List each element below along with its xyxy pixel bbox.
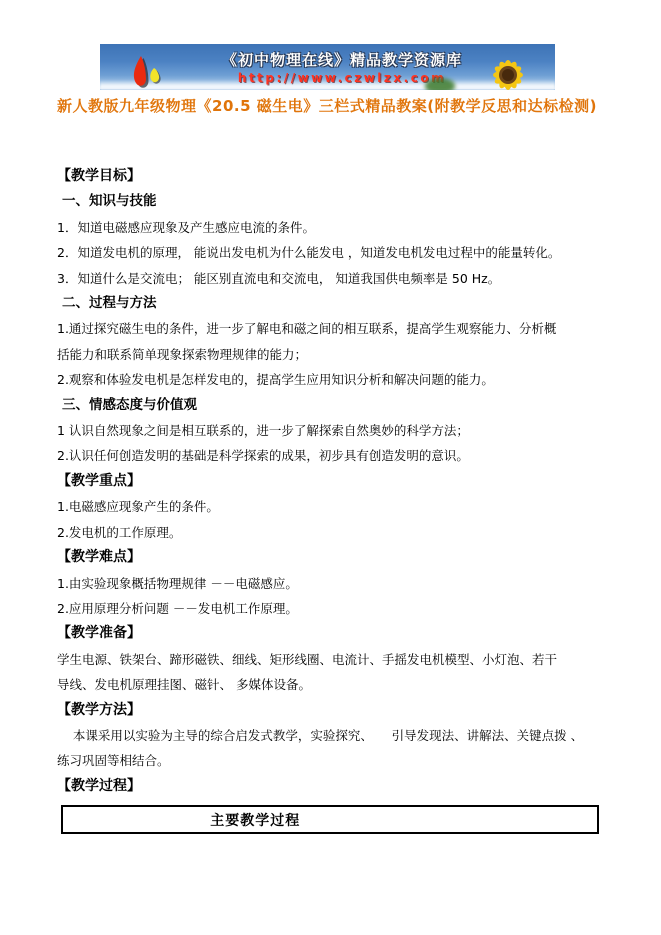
body-text: 1 认识自然现象之间是相互联系的，进一步了解探索自然奥妙的科学方法；: [57, 418, 606, 443]
body-text: 1．知道电磁感应现象及产生感应电流的条件。: [57, 215, 606, 240]
process-table-header: 主要教学过程: [63, 810, 447, 830]
section-heading: 【教学重点】: [57, 469, 606, 494]
section-heading: 【教学难点】: [57, 545, 606, 570]
sunflower-icon: [483, 52, 531, 90]
body-text: 本课采用以实验为主导的综合启发式教学，实验探究、 引导发现法、讲解法、关键点拨 …: [57, 723, 606, 774]
sub-heading: 一、知识与技能: [57, 189, 606, 214]
section-heading: 【教学目标】: [57, 164, 606, 189]
body-text: 1.由实验现象概括物理规律 －－电磁感应。: [57, 571, 606, 596]
site-logo-icon: [126, 53, 172, 89]
body-text: 2.认识任何创造发明的基础是科学探索的成果，初步具有创造发明的意识。: [57, 443, 606, 468]
process-table: 主要教学过程: [61, 805, 599, 834]
foliage-icon: [425, 78, 455, 90]
body-text: 2.观察和体验发电机是怎样发电的，提高学生应用知识分析和解决问题的能力。: [57, 367, 606, 392]
section-heading: 【教学过程】: [57, 774, 606, 799]
section-heading: 【教学准备】: [57, 621, 606, 646]
body-text: 2.发电机的工作原理。: [57, 520, 606, 545]
document-page: 《初中物理在线》精品教学资源库 http://www.czwlzx.com 新人…: [0, 0, 661, 935]
document-title: 新人教版九年级物理《20.5 磁生电》三栏式精品教案(附教学反思和达标检测): [57, 96, 605, 117]
body-text: 2.应用原理分析问题 －－发电机工作原理。: [57, 596, 606, 621]
section-heading: 【教学方法】: [57, 698, 606, 723]
site-name: 《初中物理在线》精品教学资源库: [208, 49, 476, 70]
body-text: 学生电源、铁架台、蹄形磁铁、细线、矩形线圈、电流计、手摇发电机模型、小灯泡、若干…: [57, 647, 606, 698]
sub-heading: 三、情感态度与价值观: [57, 393, 606, 418]
sub-heading: 二、过程与方法: [57, 291, 606, 316]
body-text: 2．知道发电机的原理， 能说出发电机为什么能发电 ，知道发电机发电过程中的能量转…: [57, 240, 606, 265]
body-text: 1.电磁感应现象产生的条件。: [57, 494, 606, 519]
document-body: 【教学目标】一、知识与技能1．知道电磁感应现象及产生感应电流的条件。2．知道发电…: [57, 164, 606, 834]
body-text: 3．知道什么是交流电； 能区别直流电和交流电， 知道我国供电频率是 50 Hz。: [57, 266, 606, 291]
site-banner: 《初中物理在线》精品教学资源库 http://www.czwlzx.com: [100, 44, 555, 90]
body-text: 1.通过探究磁生电的条件，进一步了解电和磁之间的相互联系，提高学生观察能力、分析…: [57, 316, 606, 367]
